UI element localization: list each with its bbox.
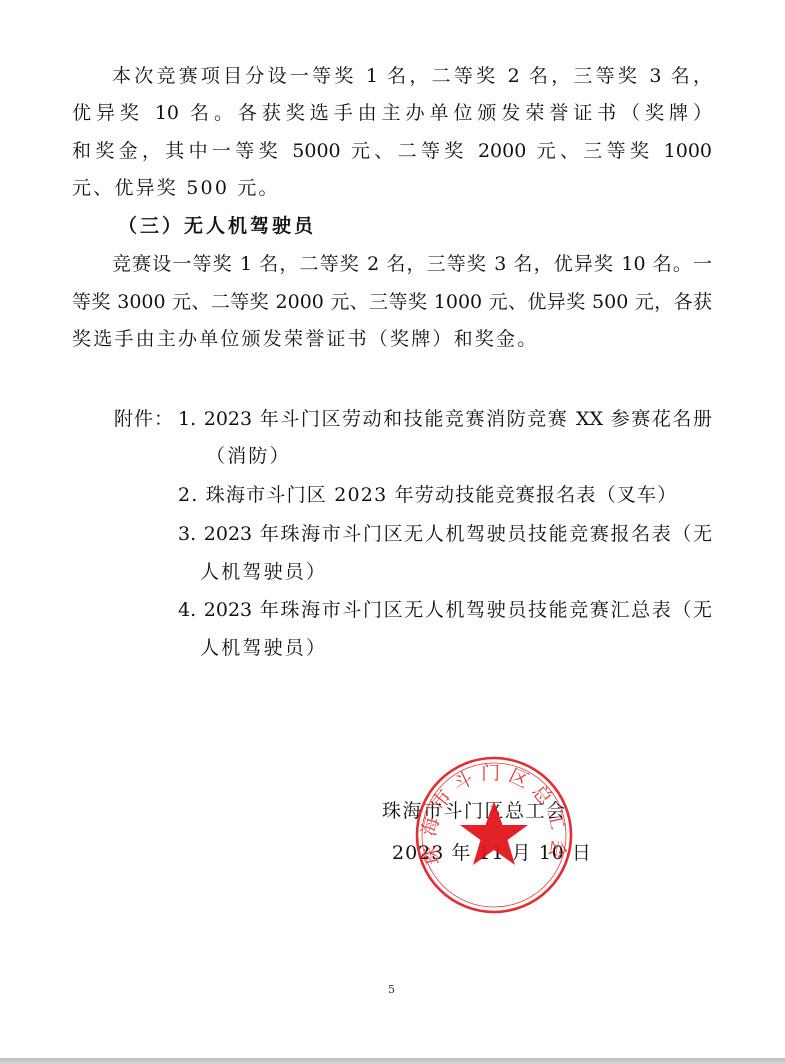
paragraph-line: 优异奖 10 名。各获奖选手由主办单位颁发荣誉证书（奖牌） (72, 101, 712, 125)
paragraph-line: 本次竞赛项目分设一等奖 1 名，二等奖 2 名，三等奖 3 名， (112, 64, 712, 88)
attachment-item: 1. 2023 年斗门区劳动和技能竞赛消防竞赛 XX 参赛花名册 (178, 407, 712, 431)
seal-icon: 珠海市斗门区总工会 (414, 755, 574, 915)
paragraph-line: 和奖金，其中一等奖 5000 元、二等奖 2000 元、三等奖 1000 (72, 139, 712, 163)
paragraph-line: 元、优异奖 500 元。 (72, 176, 280, 200)
document-page: 本次竞赛项目分设一等奖 1 名，二等奖 2 名，三等奖 3 名， 优异奖 10 … (0, 0, 785, 1058)
attachment-item-continued: （消防） (206, 444, 291, 468)
paragraph-line: 竞赛设一等奖 1 名，二等奖 2 名，三等奖 3 名，优异奖 10 名。一 (112, 252, 712, 276)
attachments-label: 附件： (114, 407, 174, 431)
attachment-item: 2. 珠海市斗门区 2023 年劳动技能竞赛报名表（叉车） (178, 483, 677, 507)
attachment-item-continued: 人机驾驶员） (200, 560, 327, 584)
page-number: 5 (388, 983, 395, 996)
attachment-item-continued: 人机驾驶员） (200, 636, 327, 660)
attachment-item: 4. 2023 年珠海市斗门区无人机驾驶员技能竞赛汇总表（无 (178, 598, 712, 622)
paragraph-line: 奖选手由主办单位颁发荣誉证书（奖牌）和奖金。 (72, 327, 538, 351)
attachment-item: 3. 2023 年珠海市斗门区无人机驾驶员技能竞赛报名表（无 (178, 522, 712, 546)
official-seal: 珠海市斗门区总工会 (414, 755, 574, 915)
paragraph-line: 等奖 3000 元、二等奖 2000 元、三等奖 1000 元、优异奖 500 … (72, 290, 712, 314)
section-heading: （三）无人机驾驶员 (118, 214, 316, 238)
viewer-bottom-edge (0, 1058, 785, 1064)
